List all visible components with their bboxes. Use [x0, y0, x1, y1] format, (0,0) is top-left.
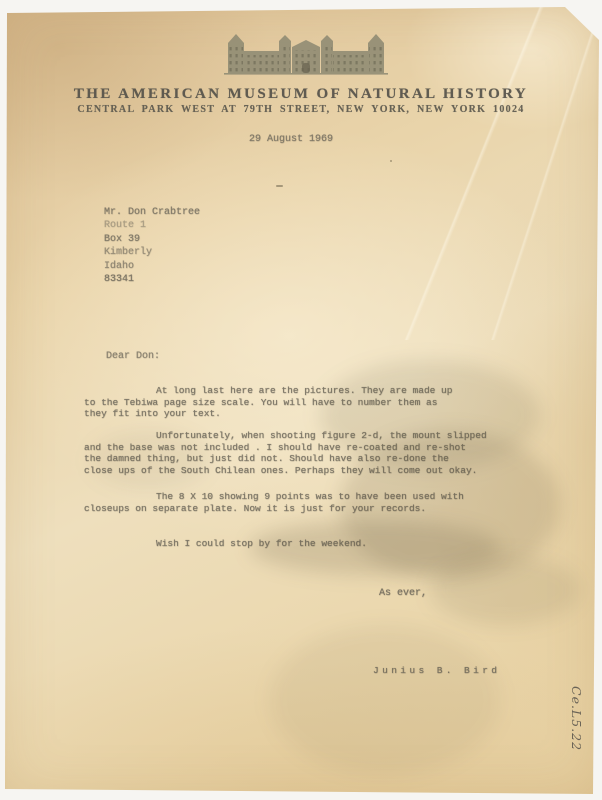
letter-date: 29 August 1969: [249, 134, 333, 145]
ink-smudge: [430, 555, 580, 625]
scanned-letter: THE AMERICAN MUSEUM OF NATURAL HISTORY C…: [0, 0, 602, 800]
letter-paper: THE AMERICAN MUSEUM OF NATURAL HISTORY C…: [0, 0, 602, 800]
body-paragraph: Wish I could stop by for the weekend.: [84, 538, 564, 550]
ink-smudge: [270, 625, 500, 775]
address-line: Idaho: [104, 260, 200, 273]
body-paragraph: The 8 X 10 showing 9 points was to have …: [84, 491, 564, 514]
address-line: Mr. Don Crabtree: [104, 206, 200, 219]
body-line: close ups of the South Chilean ones. Per…: [84, 465, 564, 477]
salutation: Dear Don:: [106, 351, 160, 362]
body-paragraph: At long last here are the pictures. They…: [84, 385, 564, 420]
museum-building-engraving: [222, 31, 390, 77]
closing: As ever,: [379, 588, 427, 599]
handwritten-catalog-number: Ce.L5.22: [569, 686, 584, 776]
ink-fleck: [390, 160, 392, 162]
body-line: Unfortunately, when shooting figure 2-d,…: [84, 430, 564, 442]
organization-address: CENTRAL PARK WEST AT 79TH STREET, NEW YO…: [0, 104, 602, 115]
address-line: Route 1: [104, 219, 200, 232]
organization-name: THE AMERICAN MUSEUM OF NATURAL HISTORY: [0, 86, 602, 103]
body-line: they fit into your text.: [84, 408, 564, 420]
body-paragraph: Unfortunately, when shooting figure 2-d,…: [84, 430, 564, 477]
body-line: and the base was not included . I should…: [84, 442, 564, 454]
ink-fleck: [276, 185, 283, 187]
body-line: the damned thing, but just did not. Shou…: [84, 453, 564, 465]
body-line: At long last here are the pictures. They…: [84, 385, 564, 397]
address-line: Box 39: [104, 233, 200, 246]
address-line: Kimberly: [104, 246, 200, 259]
address-line: 83341: [104, 273, 200, 286]
body-line: to the Tebiwa page size scale. You will …: [84, 397, 564, 409]
body-line: The 8 X 10 showing 9 points was to have …: [84, 491, 564, 503]
recipient-address: Mr. Don Crabtree Route 1 Box 39 Kimberly…: [104, 206, 200, 286]
body-line: closeups on separate plate. Now it is ju…: [84, 503, 564, 515]
body-line: Wish I could stop by for the weekend.: [84, 538, 564, 550]
signature-name: Junius B. Bird: [373, 665, 500, 676]
